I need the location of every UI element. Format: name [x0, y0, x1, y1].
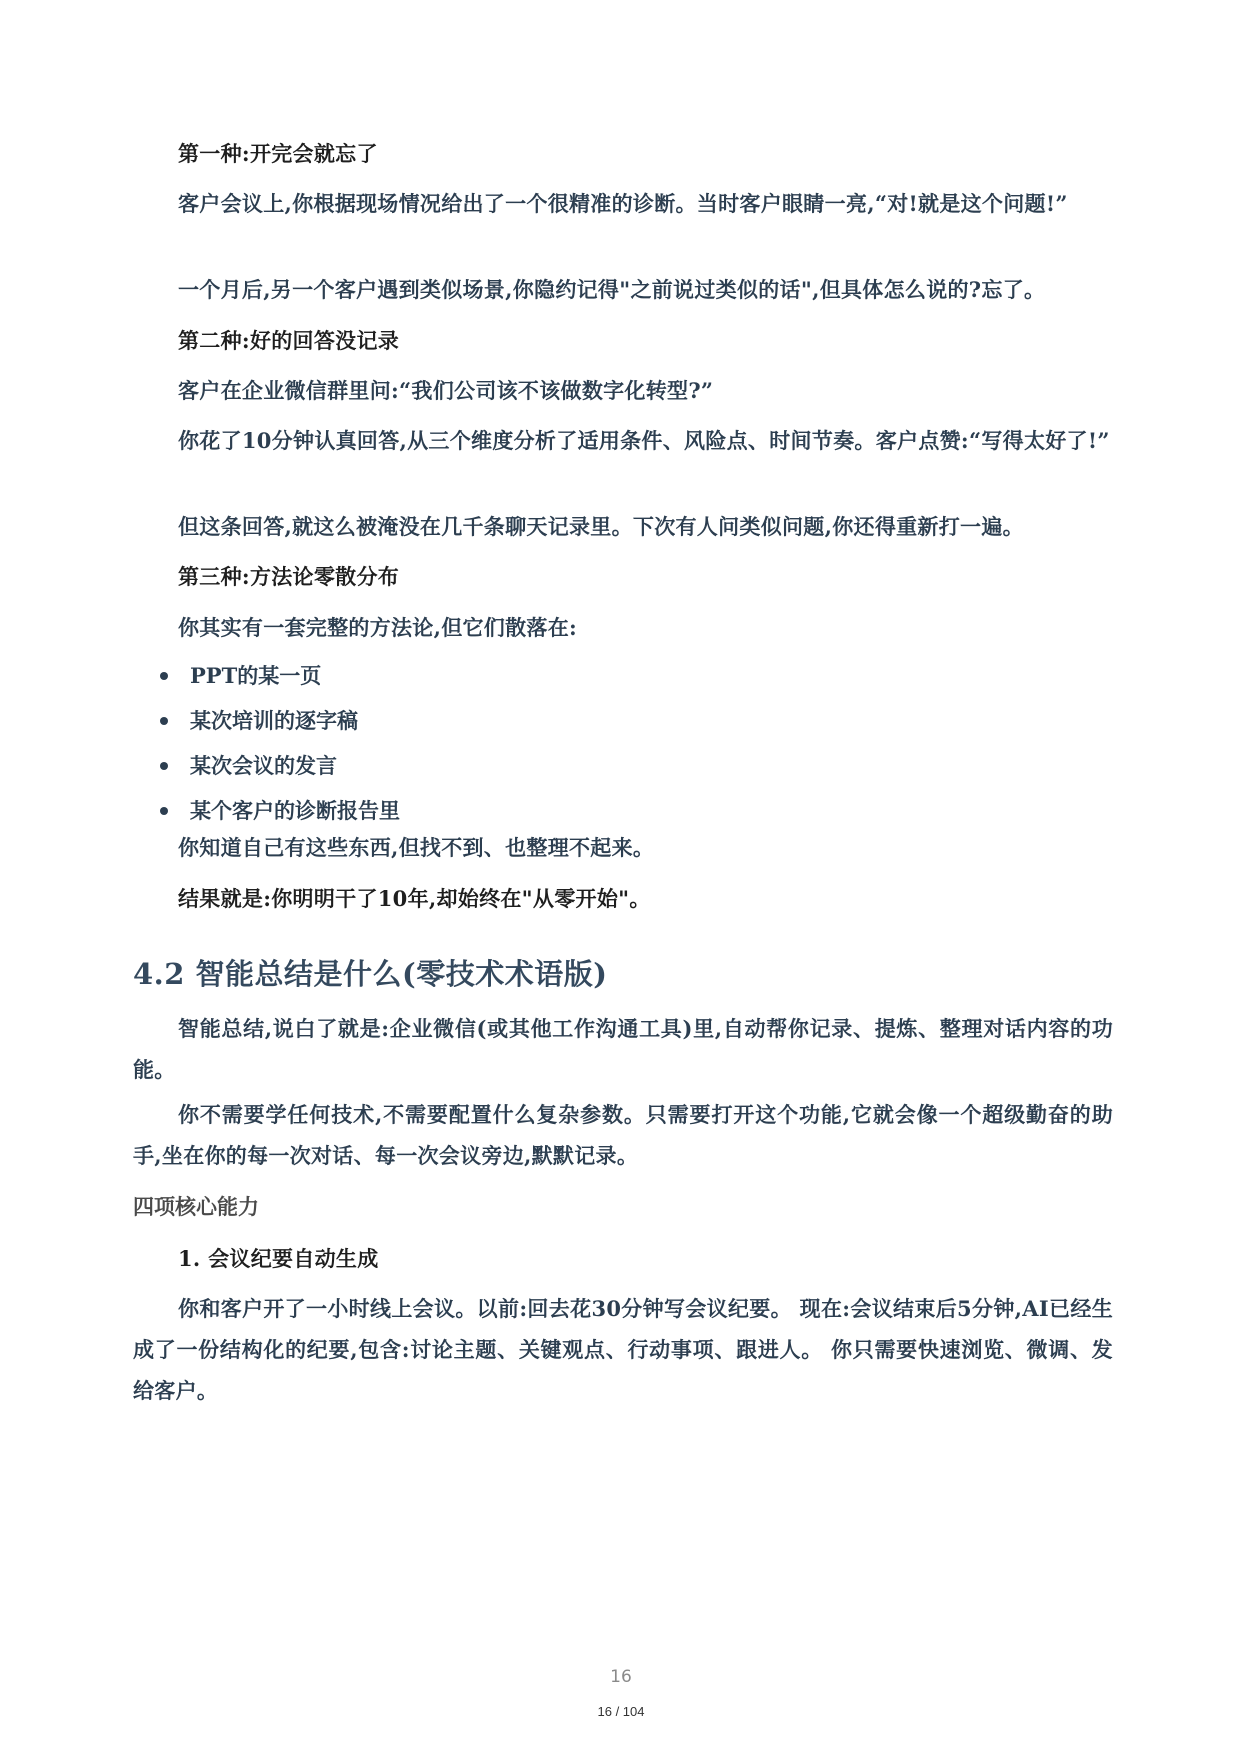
list-item: 某次培训的逐字稿	[160, 698, 400, 743]
list-item-text: 某次培训的逐字稿	[190, 708, 358, 733]
list-item-text: 某个客户的诊断报告里	[190, 798, 400, 823]
case3-paragraph-1: 你其实有一套完整的方法论,但它们散落在:	[133, 607, 1113, 648]
scattered-locations-list: PPT的某一页 某次培训的逐字稿 某次会议的发言 某个客户的诊断报告里	[160, 653, 400, 833]
case2-paragraph-3: 但这条回答,就这么被淹没在几千条聊天记录里。下次有人问类似问题,你还得重新打一遍…	[133, 506, 1113, 547]
case3-heading: 第三种:方法论零散分布	[178, 556, 1158, 597]
item1-paragraph: 你和客户开了一小时线上会议。以前:回去花30分钟写会议纪要。 现在:会议结束后5…	[133, 1288, 1113, 1411]
page-counter: 16 / 104	[0, 1704, 1242, 1719]
bullet-icon	[160, 807, 168, 815]
list-item-text: 某次会议的发言	[190, 753, 337, 778]
list-item: 某次会议的发言	[160, 743, 400, 788]
list-item-text: PPT的某一页	[190, 663, 321, 688]
case2-paragraph-1: 客户在企业微信群里问:“我们公司该不该做数字化转型?”	[133, 370, 1113, 411]
list-item: PPT的某一页	[160, 653, 400, 698]
case2-heading: 第二种:好的回答没记录	[178, 320, 1158, 361]
page-number: 16	[0, 1667, 1242, 1687]
case1-paragraph-2: 一个月后,另一个客户遇到类似场景,你隐约记得"之前说过类似的话",但具体怎么说的…	[133, 269, 1113, 310]
minor-heading: 四项核心能力	[133, 1186, 259, 1227]
bullet-icon	[160, 672, 168, 680]
bullet-icon	[160, 762, 168, 770]
item1-heading: 1. 会议纪要自动生成	[178, 1238, 1158, 1279]
section42-paragraph-2: 你不需要学任何技术,不需要配置什么复杂参数。只需要打开这个功能,它就会像一个超级…	[133, 1094, 1113, 1176]
case2-paragraph-2: 你花了10分钟认真回答,从三个维度分析了适用条件、风险点、时间节奏。客户点赞:“…	[133, 420, 1113, 461]
case1-paragraph-1: 客户会议上,你根据现场情况给出了一个很精准的诊断。当时客户眼睛一亮,“对!就是这…	[133, 183, 1113, 224]
case1-heading: 第一种:开完会就忘了	[178, 133, 1158, 174]
case3-paragraph-2: 你知道自己有这些东西,但找不到、也整理不起来。	[133, 827, 1113, 868]
document-page: 第一种:开完会就忘了 客户会议上,你根据现场情况给出了一个很精准的诊断。当时客户…	[0, 0, 1242, 1754]
section-title: 4.2 智能总结是什么(零技术术语版)	[133, 954, 608, 994]
conclusion-text: 结果就是:你明明干了10年,却始终在"从零开始"。	[178, 878, 1158, 919]
bullet-icon	[160, 717, 168, 725]
section42-paragraph-1: 智能总结,说白了就是:企业微信(或其他工作沟通工具)里,自动帮你记录、提炼、整理…	[133, 1008, 1113, 1090]
